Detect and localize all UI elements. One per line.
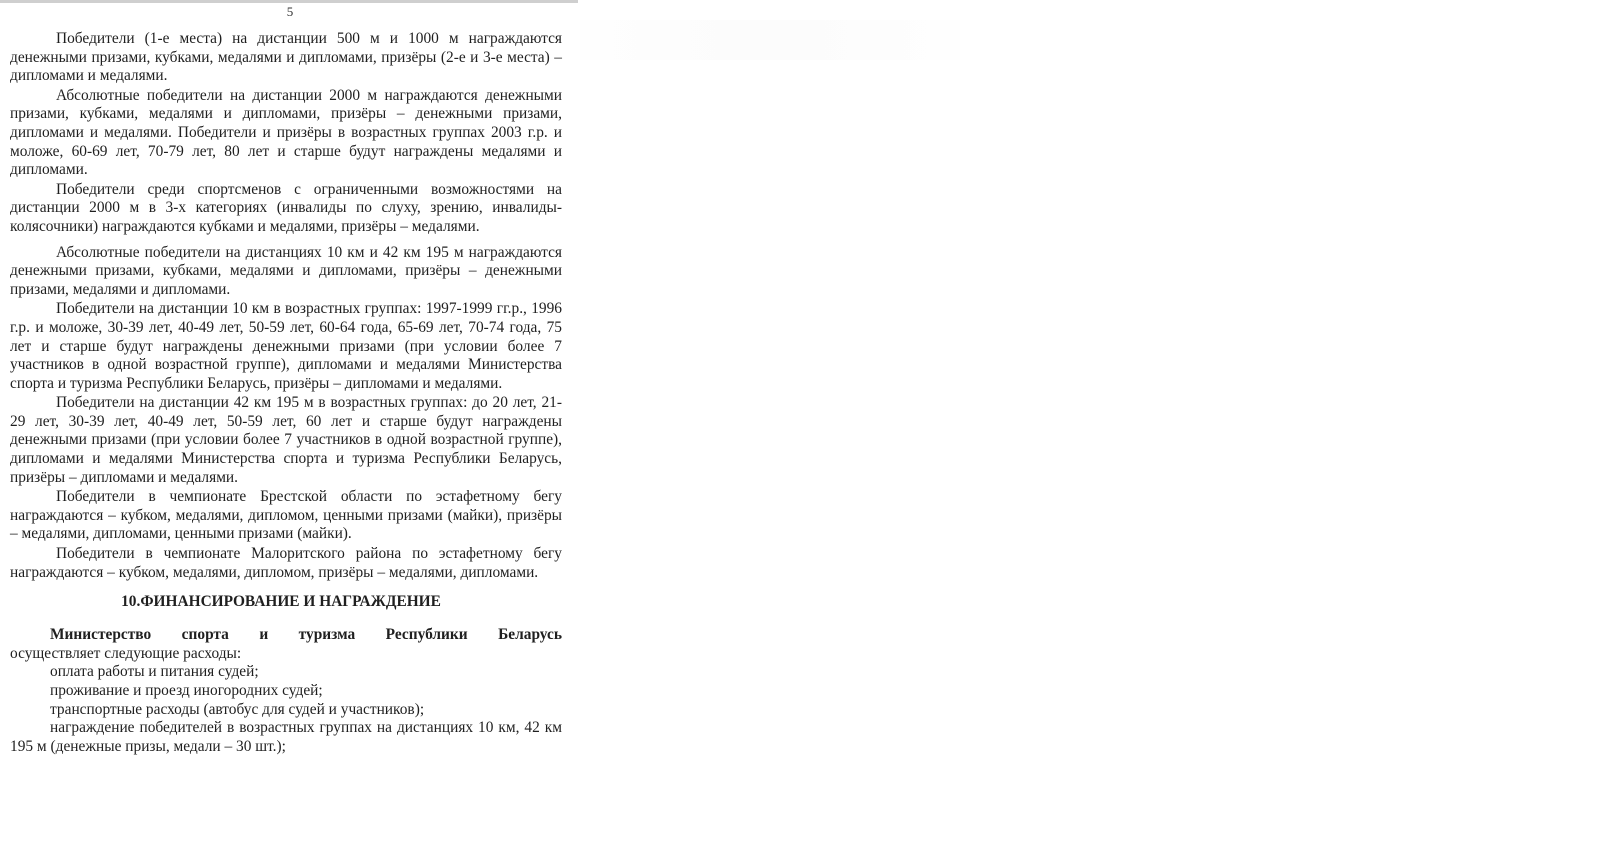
document-page: 5 Победители (1-е места) на дистанции 50… [10, 0, 562, 866]
financing-lead: Министерство спорта и туризма Республики… [10, 626, 562, 663]
document-body: Победители (1-е места) на дистанции 500 … [10, 30, 562, 756]
paragraph-awards-10km-age-groups: Победители на дистанции 10 км в возрастн… [10, 300, 562, 393]
paragraph-awards-2000: Абсолютные победители на дистанции 2000 … [10, 87, 562, 180]
expense-item: проживание и проезд иногородних судей; [10, 682, 562, 701]
paragraph-awards-10km-42km-absolute: Абсолютные победители на дистанциях 10 к… [10, 244, 562, 300]
expense-item: оплата работы и питания судей; [10, 663, 562, 682]
paragraph-awards-disabled: Победители среди спортсменов с ограничен… [10, 181, 562, 237]
page-number: 5 [10, 4, 570, 20]
expense-item: награждение победителей в возрастных гру… [10, 719, 562, 756]
paragraph-awards-42km-age-groups: Победители на дистанции 42 км 195 м в во… [10, 394, 562, 487]
financing-lead-rest: осуществляет следующие расходы: [10, 645, 241, 662]
financing-lead-bold: Министерство спорта и туризма Республики… [50, 626, 562, 643]
scan-artifact [580, 20, 960, 60]
expense-item: транспортные расходы (автобус для судей … [10, 701, 562, 720]
paragraph-awards-malorita-relay: Победители в чемпионате Малоритского рай… [10, 545, 562, 582]
paragraph-awards-brest-relay: Победители в чемпионате Брестской област… [10, 488, 562, 544]
paragraph-awards-500-1000: Победители (1-е места) на дистанции 500 … [10, 30, 562, 86]
section-heading: 10.ФИНАНСИРОВАНИЕ И НАГРАЖДЕНИЕ [10, 593, 562, 611]
